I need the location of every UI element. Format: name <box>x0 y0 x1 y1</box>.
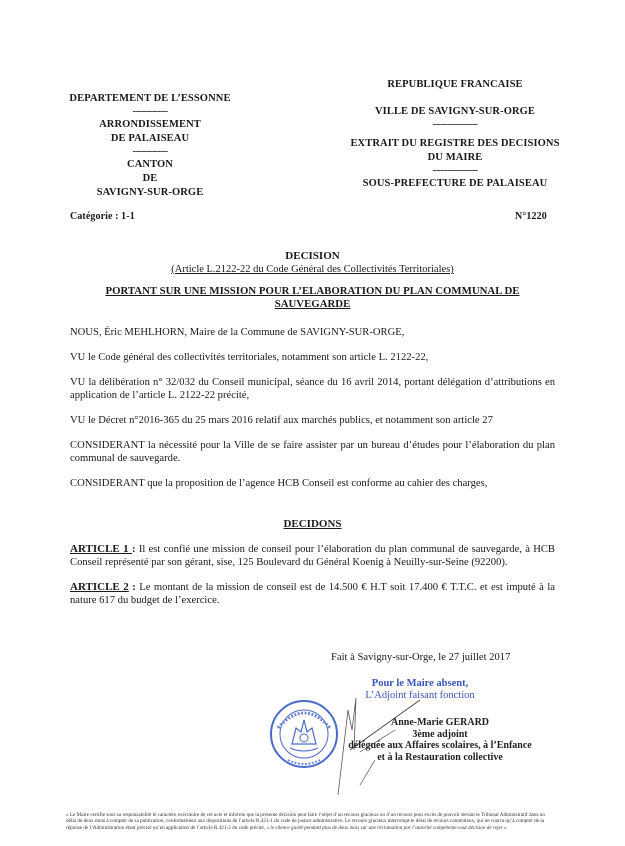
city: VILLE DE SAVIGNY-SUR-ORGE <box>335 105 575 119</box>
canton: CANTON <box>60 158 240 172</box>
decision-title-block: DECISION (Article L.2122-22 du Code Géné… <box>50 250 575 311</box>
subject-line-2: SAUVEGARDE <box>50 298 575 311</box>
separator: -------------- <box>60 147 240 155</box>
vu-deliberation: VU la délibération n° 32/032 du Conseil … <box>70 376 555 402</box>
separator: ------------------ <box>335 166 575 174</box>
articles: ARTICLE 1 : Il est confié une mission de… <box>70 543 555 607</box>
register-title-2: DU MAIRE <box>335 151 575 165</box>
decision-subject: PORTANT SUR UNE MISSION POUR L’ELABORATI… <box>50 285 575 311</box>
article-1-label: ARTICLE 1 <box>70 543 132 555</box>
department-name: DEPARTEMENT DE L’ESSONNE <box>60 92 240 106</box>
preamble: NOUS, Éric MEHLHORN, Maire de la Commune… <box>70 326 555 490</box>
signatory-delegation-1: déléguée aux Affaires scolaires, à l’Enf… <box>320 740 560 752</box>
category: Catégorie : 1-1 <box>70 210 135 224</box>
signatory-delegation-2: et à la Restauration collective <box>320 752 560 764</box>
article-1-text: Il est confié une mission de conseil pou… <box>70 544 555 568</box>
canton-name: SAVIGNY-SUR-ORGE <box>60 186 240 200</box>
article-2-sep: : <box>129 582 136 593</box>
republic: REPUBLIQUE FRANCAISE <box>335 78 575 92</box>
legal-footer: « Le Maire certifie sous sa responsabili… <box>66 812 556 831</box>
subprefecture: SOUS-PREFECTURE DE PALAISEAU <box>335 177 575 191</box>
article-2: ARTICLE 2 : Le montant de la mission de … <box>70 581 555 607</box>
stamp-line-1: Pour le Maire absent, <box>350 678 490 690</box>
footer-text-italic: « le silence gardé pendant plus de deux … <box>266 825 507 831</box>
separator: -------------- <box>60 107 240 115</box>
vu-decret: VU le Décret n°2016-365 du 25 mars 2016 … <box>70 414 555 427</box>
legal-reference: (Article L.2122-22 du Code Général des C… <box>50 263 575 276</box>
article-2-label: ARTICLE 2 <box>70 581 129 593</box>
signatory-name: Anne-Marie GERARD <box>320 717 560 729</box>
decision-number: N°1220 <box>515 210 547 224</box>
header-left: DEPARTEMENT DE L’ESSONNE -------------- … <box>60 92 240 200</box>
subject-line-1: PORTANT SUR UNE MISSION POUR L’ELABORATI… <box>50 285 575 298</box>
place-date: Fait à Savigny-sur-Orge, le 27 juillet 2… <box>331 651 510 664</box>
decidons-heading: DECIDONS <box>50 518 575 530</box>
arrondissement: ARRONDISSEMENT <box>60 118 240 132</box>
considerant-proposal: CONSIDERANT que la proposition de l’agen… <box>70 477 555 490</box>
mayor-statement: NOUS, Éric MEHLHORN, Maire de la Commune… <box>70 326 555 339</box>
separator: ------------------ <box>335 120 575 128</box>
header-right: REPUBLIQUE FRANCAISE VILLE DE SAVIGNY-SU… <box>335 78 575 191</box>
signatory-block: Anne-Marie GERARD 3ème adjoint déléguée … <box>320 717 560 763</box>
canton-de: DE <box>60 172 240 186</box>
decision-heading: DECISION <box>50 250 575 263</box>
vu-code: VU le Code général des collectivités ter… <box>70 351 555 364</box>
signatory-role: 3ème adjoint <box>320 729 560 741</box>
arrondissement-name: DE PALAISEAU <box>60 132 240 146</box>
article-1: ARTICLE 1 : Il est confié une mission de… <box>70 543 555 569</box>
considerant-necessity: CONSIDERANT la nécessité pour la Ville d… <box>70 439 555 465</box>
register-title: EXTRAIT DU REGISTRE DES DECISIONS <box>335 137 575 151</box>
article-2-text: Le montant de la mission de conseil est … <box>70 582 555 606</box>
